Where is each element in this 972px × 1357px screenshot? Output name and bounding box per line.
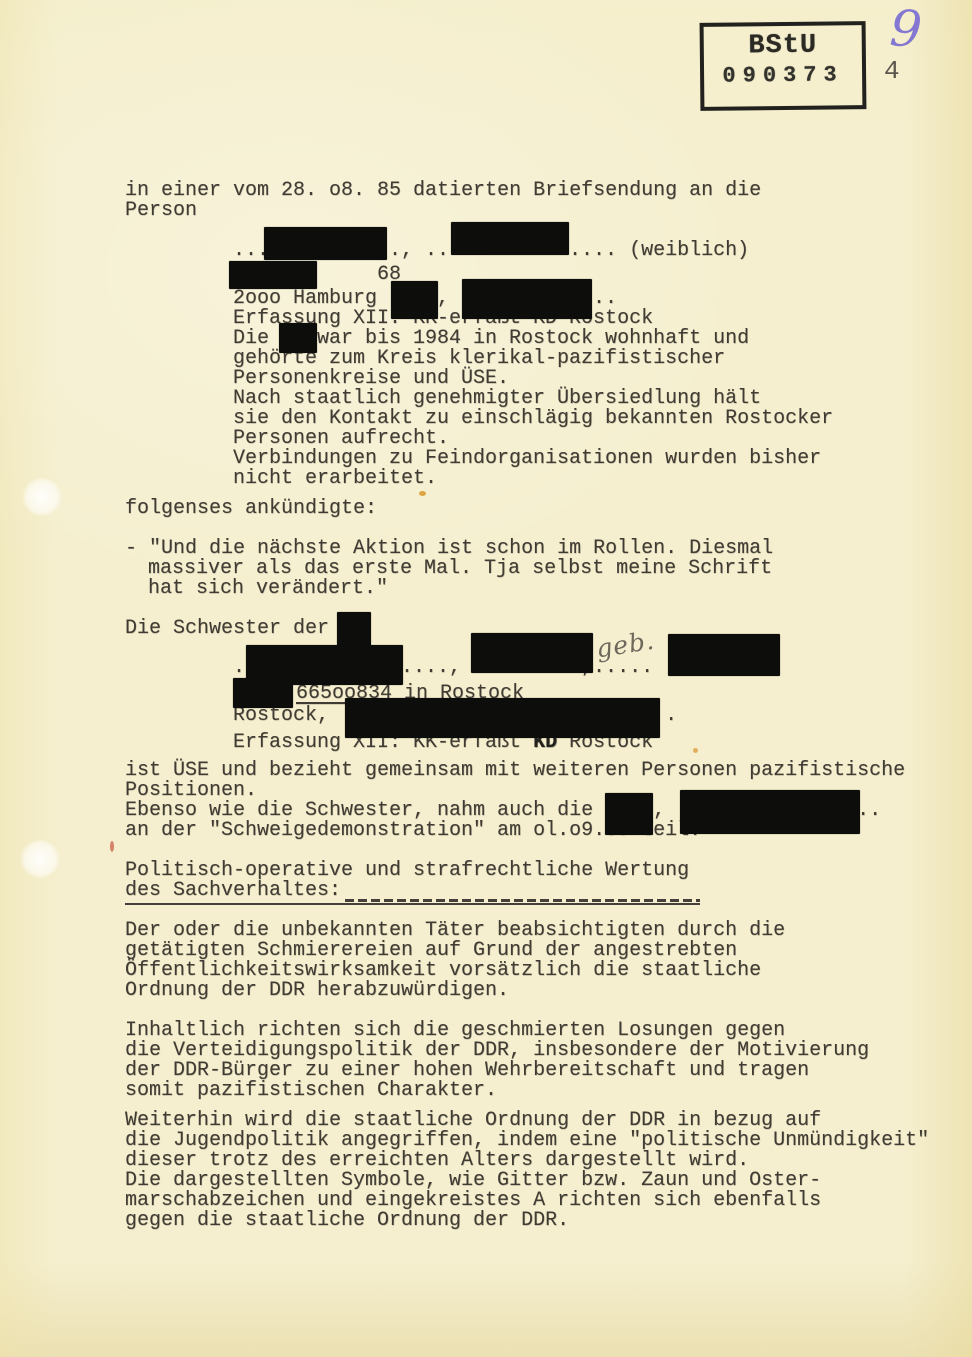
redaction-bar bbox=[279, 323, 317, 353]
hole-punch bbox=[22, 478, 62, 516]
text-line: nicht erarbeitet. bbox=[233, 469, 437, 489]
text-line: Die dargestellten Symbole, wie Gitter bz… bbox=[125, 1171, 821, 1191]
text-line: Positionen. bbox=[125, 781, 257, 801]
text-line: Öffentlichkeitswirksamkeit vorsätzlich d… bbox=[125, 961, 761, 981]
text-line: Person bbox=[125, 201, 197, 221]
text-line: ist ÜSE und bezieht gemeinsam mit weiter… bbox=[125, 761, 905, 781]
text-line: - "Und die nächste Aktion ist schon im R… bbox=[125, 539, 773, 559]
heading-underline bbox=[345, 899, 700, 902]
text-line: sie den Kontakt zu einschlägig bekannten… bbox=[233, 409, 833, 429]
paper-speck bbox=[419, 491, 426, 496]
text-line: in einer vom 28. o8. 85 datierten Briefs… bbox=[125, 181, 761, 201]
text-line: gegen die staatliche Ordnung der DDR. bbox=[125, 1211, 569, 1231]
typed-page-number: 4 bbox=[884, 56, 900, 86]
redaction-bar bbox=[680, 790, 860, 834]
text-line: Verbindungen zu Feindorganisationen wurd… bbox=[233, 449, 821, 469]
redaction-bar bbox=[229, 261, 317, 289]
text-line: folgenses ankündigte: bbox=[125, 499, 377, 519]
bstu-archive-stamp: BStU 090373 bbox=[700, 21, 867, 111]
text-line: somit pazifistischen Charakter. bbox=[125, 1081, 497, 1101]
redaction-bar bbox=[451, 222, 569, 255]
text-line: Nach staatlich genehmigter Übersiedlung … bbox=[233, 389, 761, 409]
text-line: Weiterhin wird die staatliche Ordnung de… bbox=[125, 1111, 821, 1131]
redaction-bar bbox=[233, 678, 293, 708]
text-line: der DDR-Bürger zu einer hohen Wehrbereit… bbox=[125, 1061, 809, 1081]
redaction-bar bbox=[462, 279, 592, 319]
stamp-serial-number: 090373 bbox=[704, 60, 862, 92]
stamp-text: BStU bbox=[704, 30, 862, 62]
text-line: Personen aufrecht. bbox=[233, 429, 449, 449]
text-line: Ordnung der DDR herabzuwürdigen. bbox=[125, 981, 509, 1001]
text-line: Personenkreise und ÜSE. bbox=[233, 369, 509, 389]
paper-speck bbox=[110, 841, 114, 852]
redaction-bar bbox=[668, 634, 780, 676]
redaction-bar bbox=[605, 793, 653, 835]
text-line: dieser trotz des erreichten Alters darge… bbox=[125, 1151, 749, 1171]
heading-underline bbox=[125, 903, 700, 905]
text-line: massiver als das erste Mal. Tja selbst m… bbox=[148, 559, 772, 579]
text-line: Politisch-operative und strafrechtliche … bbox=[125, 861, 689, 881]
scanned-document-page: BStU 090373 9 4 in einer vom 28. o8. 85 … bbox=[0, 0, 972, 1357]
redaction-bar bbox=[337, 612, 371, 646]
text-line: die Verteidigungspolitik der DDR, insbes… bbox=[125, 1041, 869, 1061]
text-line: getätigten Schmierereien auf Grund der a… bbox=[125, 941, 737, 961]
text-line: Der oder die unbekannten Täter beabsicht… bbox=[125, 921, 785, 941]
text-line: des Sachverhaltes: bbox=[125, 881, 341, 901]
redaction-bar bbox=[471, 633, 593, 673]
text-line: hat sich verändert." bbox=[148, 579, 388, 599]
redaction-bar bbox=[345, 698, 660, 738]
handwritten-page-number: 9 bbox=[888, 0, 924, 59]
redaction-bar bbox=[391, 281, 438, 319]
text-line: Die Schwester der bbox=[125, 619, 329, 639]
text-line: die Jugendpolitik angegriffen, indem ein… bbox=[125, 1131, 929, 1151]
redaction-bar bbox=[264, 227, 387, 260]
text-line: marschabzeichen und eingekreistes A rich… bbox=[125, 1191, 821, 1211]
text-line: Inhaltlich richten sich die geschmierten… bbox=[125, 1021, 785, 1041]
paper-speck bbox=[693, 748, 698, 753]
hole-punch bbox=[20, 840, 60, 878]
